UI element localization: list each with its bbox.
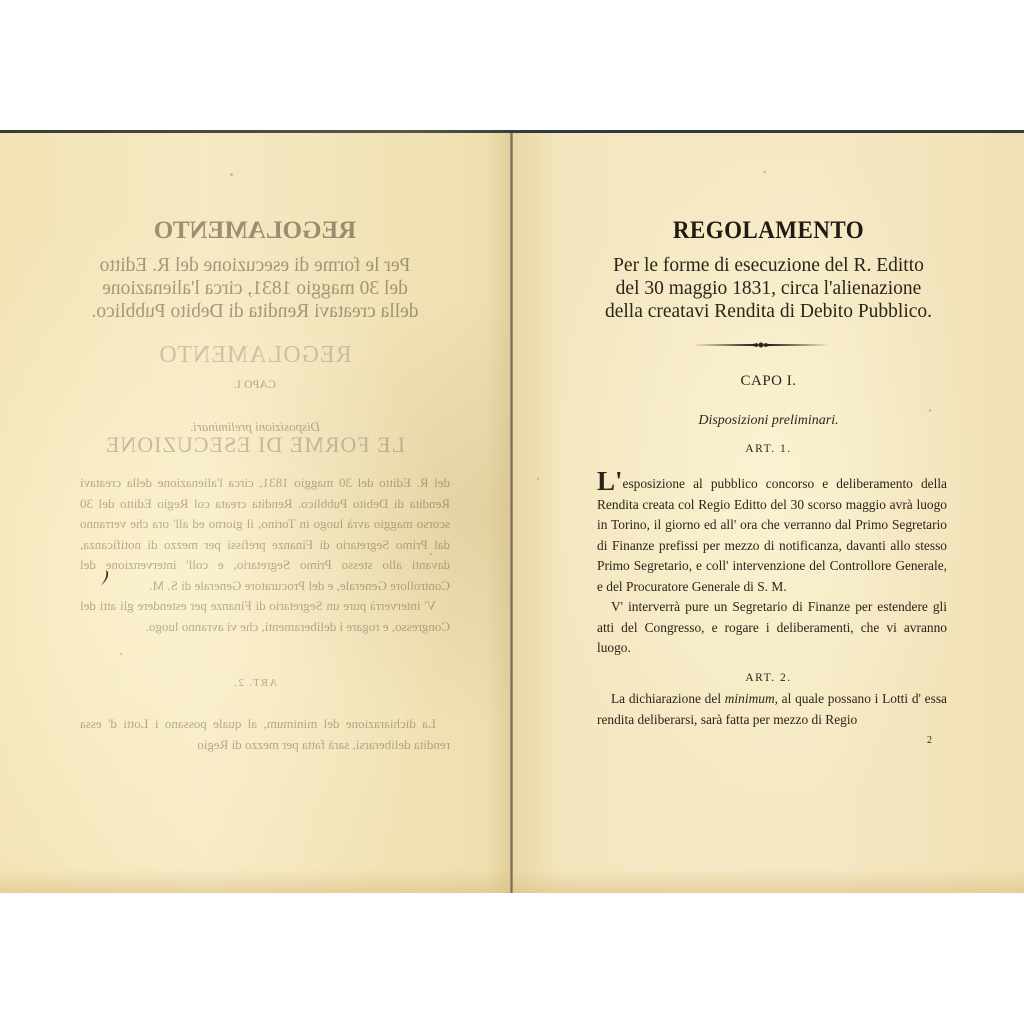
article-1-body: L'esposizione al pubblico concorso e del…	[597, 472, 947, 659]
paper-speck	[430, 553, 432, 555]
subtitle-line: del 30 maggio 1831, circa l'alienazione	[513, 277, 1024, 300]
ghost-body: del R. Editto del 30 maggio 1831, circa …	[80, 473, 450, 637]
right-page: REGOLAMENTO Per le forme di esecuzione d…	[513, 133, 1024, 893]
subtitle-line: Per le forme di esecuzione del R. Editto	[513, 254, 1024, 277]
paper-stain	[0, 869, 510, 893]
paper-speck	[537, 478, 539, 480]
paper-speck	[230, 173, 233, 176]
book-spread-scan: REGOLAMENTO Per le forme di esecuzione d…	[0, 130, 1024, 893]
ghost-article-heading: ART. 2.	[0, 677, 510, 689]
paper-speck	[763, 171, 766, 173]
ghost-chapter: CAPO I.	[0, 377, 510, 392]
ghost-body-2: La dichiarazione del minimum, al quale p…	[80, 701, 450, 768]
page-title: REGOLAMENTO	[533, 217, 1003, 245]
signature-mark: 2	[927, 735, 932, 746]
left-page: REGOLAMENTO Per le forme di esecuzione d…	[0, 133, 510, 893]
paper-speck	[120, 653, 122, 655]
page-subtitle: Per le forme di esecuzione del R. Editto…	[513, 254, 1024, 323]
ghost-title: REGOLAMENTO	[0, 217, 510, 245]
ghost-subtitle-line: Per le forme di esecuzione del R. Editto	[0, 254, 510, 277]
drop-cap: L'	[597, 466, 623, 496]
ghost-subtitle-line: della creatavi Rendita di Debito Pubblic…	[0, 300, 510, 323]
italic-term: minimum	[725, 691, 775, 706]
article-heading: ART. 1.	[513, 443, 1024, 455]
paper-speck	[929, 409, 931, 412]
ghost-paragraph: del R. Editto del 30 maggio 1831, circa …	[80, 473, 450, 596]
ghost-forme-heading: LE FORME DI ESECUZIONE	[0, 432, 510, 458]
ghost-subtitle-line: del 30 maggio 1831, circa l'alienazione	[0, 277, 510, 300]
paragraph: La dichiarazione del minimum, al quale p…	[597, 689, 947, 730]
subtitle-line: della creatavi Rendita di Debito Pubblic…	[513, 300, 1024, 323]
ornament-rule-icon	[693, 341, 829, 349]
chapter-heading: CAPO I.	[513, 373, 1024, 390]
show-through-text: REGOLAMENTO Per le forme di esecuzione d…	[0, 133, 510, 893]
chapter-subtitle: Disposizioni preliminari.	[513, 413, 1024, 429]
article-2-body: La dichiarazione del minimum, al quale p…	[597, 689, 947, 730]
paragraph-text: esposizione al pubblico concorso e delib…	[597, 476, 947, 594]
paragraph: V' interverrà pure un Segretario di Fina…	[597, 597, 947, 659]
ghost-paragraph: La dichiarazione del minimum, al quale p…	[80, 714, 450, 755]
ghost-subtitle: Per le forme di esecuzione del R. Editto…	[0, 254, 510, 323]
paragraph-text: La dichiarazione del	[611, 691, 725, 706]
article-heading: ART. 2.	[513, 672, 1024, 684]
paper-stain	[513, 869, 1024, 893]
ink-mark-icon	[100, 570, 110, 586]
ghost-second-title: REGOLAMENTO	[0, 342, 510, 369]
ghost-chapter-subtitle: Disposizioni preliminari.	[0, 419, 510, 435]
paragraph: L'esposizione al pubblico concorso e del…	[597, 472, 947, 597]
ghost-paragraph: V' interverrà pure un Segretario di Fina…	[80, 596, 450, 637]
